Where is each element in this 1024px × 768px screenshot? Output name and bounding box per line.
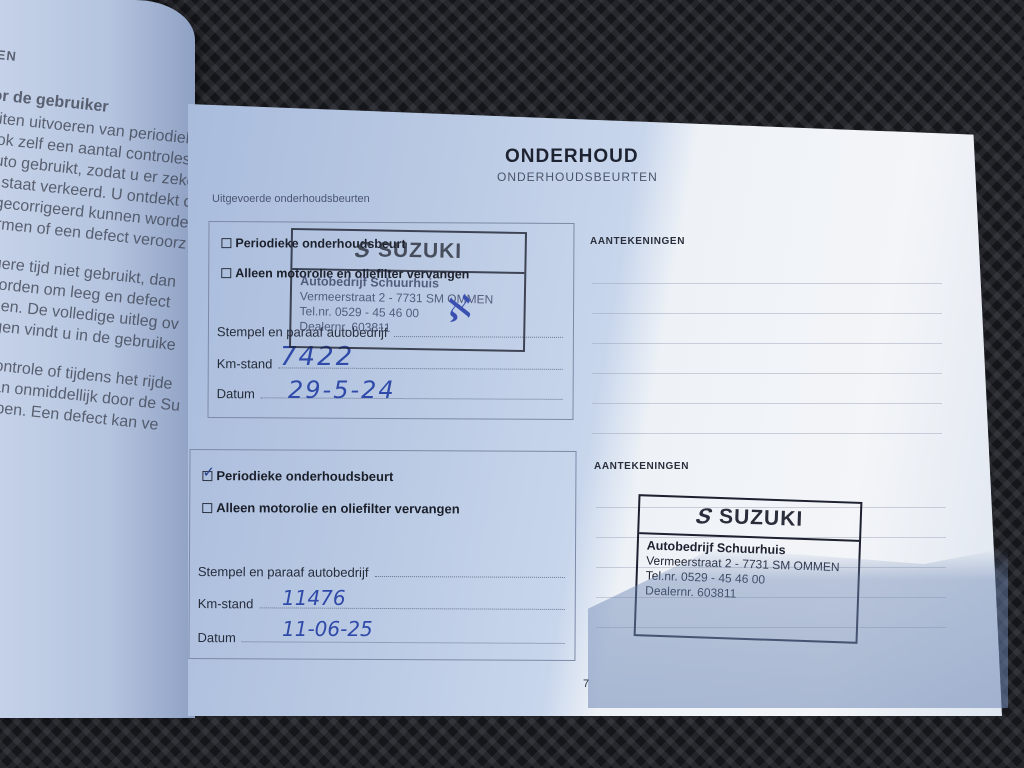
stamp-info: Autobedrijf Schuurhuis Vermeerstraat 2 -… xyxy=(291,270,524,342)
left-page: EN or de gebruiker uiten uitvoeren van p… xyxy=(0,0,195,718)
left-page-heading: EN xyxy=(0,44,195,88)
option-label: Periodieke onderhoudsbeurt xyxy=(216,468,393,484)
page-title: ONDERHOUD xyxy=(505,146,639,168)
suzuki-logo-icon: S xyxy=(350,237,375,263)
date-value-handwritten: 29-5-24 xyxy=(288,376,396,404)
stamp-brand: SUZUKI xyxy=(719,505,804,532)
date-label: Datum xyxy=(217,386,255,401)
notes-label-1: AANTEKENINGEN xyxy=(590,236,685,247)
notes-label-2: AANTEKENINGEN xyxy=(594,461,689,472)
dealer-stamp-2: S SUZUKI Autobedrijf Schuurhuis Vermeers… xyxy=(634,494,863,644)
dotted-line xyxy=(374,575,564,578)
dealer-stamp-1: S SUZUKI Autobedrijf Schuurhuis Vermeers… xyxy=(289,228,527,352)
page-number: 7 xyxy=(583,678,589,690)
page-subtitle: ONDERHOUDSBEURTEN xyxy=(497,170,658,184)
option-periodic-service[interactable]: Periodieke onderhoudsbeurt xyxy=(202,468,393,484)
stamp-field: Stempel en paraaf autobedrijf xyxy=(198,564,565,581)
stamp-brand: SUZUKI xyxy=(378,238,463,263)
km-field[interactable]: Km-stand xyxy=(217,356,563,373)
checkbox-checked-icon[interactable] xyxy=(202,471,212,481)
stamp-logo-row: S SUZUKI xyxy=(292,230,525,274)
date-field[interactable]: Datum xyxy=(198,630,565,647)
photo-scene: EN or de gebruiker uiten uitvoeren van p… xyxy=(0,0,1024,768)
km-label: Km-stand xyxy=(198,596,254,611)
km-value-handwritten: 11476 xyxy=(282,586,346,610)
km-field[interactable]: Km-stand xyxy=(198,596,565,613)
date-label: Datum xyxy=(198,630,236,645)
left-page-text: EN or de gebruiker uiten uitvoeren van p… xyxy=(0,44,195,438)
checkbox-icon[interactable] xyxy=(221,268,231,278)
stamp-dealer-number: Dealernr. 603811 xyxy=(299,319,515,338)
km-label: Km-stand xyxy=(217,356,273,371)
notes-lines-1[interactable] xyxy=(592,254,942,434)
checkbox-icon[interactable] xyxy=(202,503,212,513)
option-label: Alleen motorolie en oliefilter vervangen xyxy=(216,500,460,516)
stamp-info: Autobedrijf Schuurhuis Vermeerstraat 2 -… xyxy=(637,534,859,610)
service-entry-2: Periodieke onderhoudsbeurt Alleen motoro… xyxy=(188,449,576,661)
stamp-label: Stempel en paraaf autobedrijf xyxy=(198,564,369,580)
date-value-handwritten: 11-06-25 xyxy=(282,617,373,641)
suzuki-logo-icon: S xyxy=(691,503,716,529)
checkbox-icon[interactable] xyxy=(221,238,231,248)
option-oil-change[interactable]: Alleen motorolie en oliefilter vervangen xyxy=(202,500,460,516)
section-label: Uitgevoerde onderhoudsbeurten xyxy=(212,193,370,205)
